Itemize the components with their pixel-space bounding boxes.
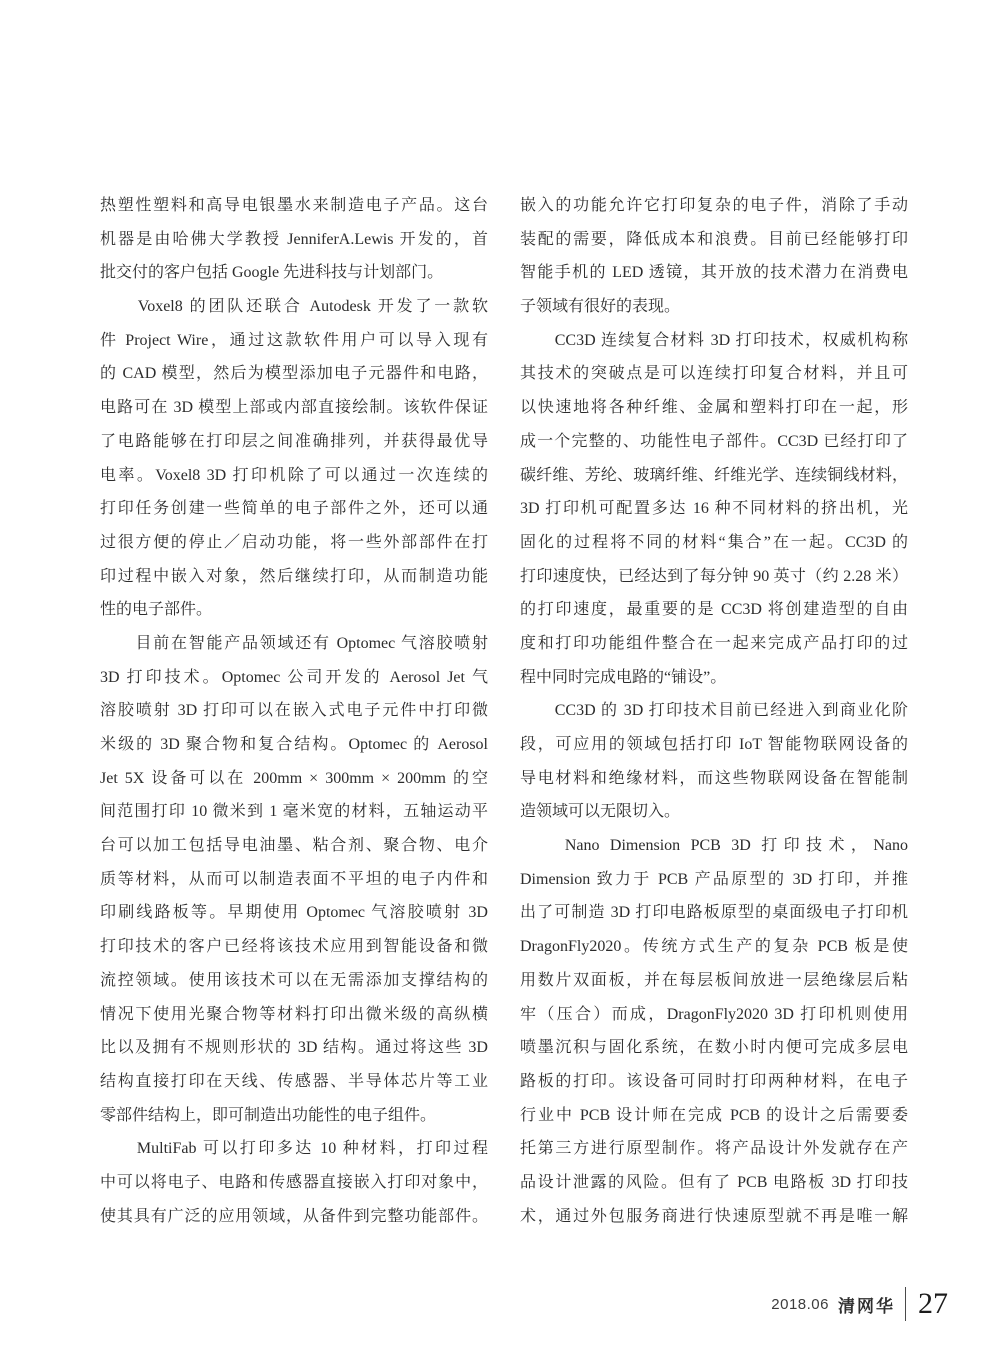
text-line: CC3D 连续复合材料 3D 打印技术，权威机构称 (520, 324, 908, 358)
text-line: 过很方便的停止／启动功能，将一些外部部件在打 (100, 526, 488, 560)
text-line: 碳纤维、芳纶、玻璃纤维、纤维光学、连续铜线材料， (520, 459, 908, 493)
footer-divider (905, 1287, 906, 1321)
magazine-page: 热塑性塑料和高导电银墨水来制造电子产品。这台机器是由哈佛大学教授 Jennife… (0, 0, 1000, 1358)
text-line: 装配的需要，降低成本和浪费。目前已经能够打印 (520, 223, 908, 257)
text-line: 术，通过外包服务商进行快速原型就不再是唯一解 (520, 1200, 908, 1234)
text-line: 段，可应用的领域包括打印 IoT 智能物联网设备的 (520, 728, 908, 762)
text-line: 结构直接打印在天线、传感器、半导体芯片等工业 (100, 1065, 488, 1099)
text-line: 情况下使用光聚合物等材料打印出微米级的高纵横 (100, 998, 488, 1032)
text-line: 的 CAD 模型，然后为模型添加电子元器件和电路， (100, 357, 488, 391)
text-column-right: 嵌入的功能允许它打印复杂的电子件，消除了手动装配的需要，降低成本和浪费。目前已经… (520, 189, 908, 1233)
text-line: MultiFab 可以打印多达 10 种材料，打印过程 (100, 1132, 488, 1166)
text-line: Jet 5X 设备可以在 200mm × 300mm × 200mm 的空 (100, 762, 488, 796)
text-line: 质等材料，从而可以制造表面不平坦的电子内件和 (100, 863, 488, 897)
text-line: 性的电子部件。 (100, 593, 488, 627)
text-line: 程中同时完成电路的“铺设”。 (520, 661, 908, 695)
text-column-left: 热塑性塑料和高导电银墨水来制造电子产品。这台机器是由哈佛大学教授 Jennife… (100, 189, 488, 1233)
text-line: 子领域有很好的表现。 (520, 290, 908, 324)
text-line: 台可以加工包括导电油墨、粘合剂、聚合物、电介 (100, 829, 488, 863)
text-line: 电率。Voxel8 3D 打印机除了可以通过一次连续的 (100, 459, 488, 493)
text-line: 智能手机的 LED 透镜，其开放的技术潜力在消费电 (520, 256, 908, 290)
text-line: 3D 打印技术。Optomec 公司开发的 Aerosol Jet 气 (100, 661, 488, 695)
text-line: 印刷线路板等。早期使用 Optomec 气溶胶喷射 3D (100, 896, 488, 930)
text-line: 热塑性塑料和高导电银墨水来制造电子产品。这台 (100, 189, 488, 223)
text-line: 导电材料和绝缘材料，而这些物联网设备在智能制 (520, 762, 908, 796)
text-line: 溶胶喷射 3D 打印可以在嵌入式电子元件中打印微 (100, 694, 488, 728)
text-line: 打印技术的客户已经将该技术应用到智能设备和微 (100, 930, 488, 964)
text-line: 中可以将电子、电路和传感器直接嵌入打印对象中， (100, 1166, 488, 1200)
text-line: Dimension 致力于 PCB 产品原型的 3D 打印，并推 (520, 863, 908, 897)
text-line: 路板的打印。该设备可同时打印两种材料，在电子 (520, 1065, 908, 1099)
text-line: 了电路能够在打印层之间准确排列，并获得最优导 (100, 425, 488, 459)
text-line: 其技术的突破点是可以连续打印复合材料，并且可 (520, 357, 908, 391)
text-line: 牢（压合）而成，DragonFly2020 3D 打印机则使用 (520, 998, 908, 1032)
text-line: 比以及拥有不规则形状的 3D 结构。通过将这些 3D (100, 1031, 488, 1065)
text-line: DragonFly2020。传统方式生产的复杂 PCB 板是使 (520, 930, 908, 964)
text-line: CC3D 的 3D 打印技术目前已经进入到商业化阶 (520, 694, 908, 728)
text-line: 印过程中嵌入对象，然后继续打印，从而制造功能 (100, 560, 488, 594)
text-line: 批交付的客户包括 Google 先进科技与计划部门。 (100, 256, 488, 290)
text-line: 米级的 3D 聚合物和复合结构。Optomec 的 Aerosol (100, 728, 488, 762)
text-line: 度和打印功能组件整合在一起来完成产品打印的过 (520, 627, 908, 661)
page-footer: 2018.06 清网华 27 (771, 1284, 948, 1324)
text-line: 零部件结构上，即可制造出功能性的电子组件。 (100, 1099, 488, 1133)
text-line: 出了可制造 3D 打印电路板原型的桌面级电子打印机 (520, 896, 908, 930)
text-line: 托第三方进行原型制作。将产品设计外发就存在产 (520, 1132, 908, 1166)
text-line: 电路可在 3D 模型上部或内部直接绘制。该软件保证 (100, 391, 488, 425)
text-line: 机器是由哈佛大学教授 JenniferA.Lewis 开发的，首 (100, 223, 488, 257)
text-line: 目前在智能产品领域还有 Optomec 气溶胶喷射 (100, 627, 488, 661)
text-line: Voxel8 的团队还联合 Autodesk 开发了一款软 (100, 290, 488, 324)
page-number: 27 (918, 1287, 948, 1321)
text-line: 行业中 PCB 设计师在完成 PCB 的设计之后需要委 (520, 1099, 908, 1133)
text-line: 以快速地将各种纤维、金属和塑料打印在一起，形 (520, 391, 908, 425)
text-line: 打印任务创建一些简单的电子部件之外，还可以通 (100, 492, 488, 526)
text-line: 喷墨沉积与固化系统，在数小时内便可完成多层电 (520, 1031, 908, 1065)
text-line: 的打印速度，最重要的是 CC3D 将创建造型的自由 (520, 593, 908, 627)
text-line: 件 Project Wire，通过这款软件用户可以导入现有 (100, 324, 488, 358)
text-line: 间范围打印 10 微米到 1 毫米宽的材料，五轴运动平 (100, 795, 488, 829)
text-line: 3D 打印机可配置多达 16 种不同材料的挤出机，光 (520, 492, 908, 526)
text-line: Nano Dimension PCB 3D 打印技术，Nano (520, 829, 908, 863)
text-line: 用数片双面板，并在每层板间放进一层绝缘层后粘 (520, 964, 908, 998)
magazine-logo: 清网华 (838, 1292, 895, 1317)
text-line: 固化的过程将不同的材料“集合”在一起。CC3D 的 (520, 526, 908, 560)
text-line: 嵌入的功能允许它打印复杂的电子件，消除了手动 (520, 189, 908, 223)
text-line: 使其具有广泛的应用领域，从备件到完整功能部件。 (100, 1200, 488, 1234)
text-line: 成一个完整的、功能性电子部件。CC3D 已经打印了 (520, 425, 908, 459)
text-line: 造领域可以无限切入。 (520, 795, 908, 829)
text-line: 品设计泄露的风险。但有了 PCB 电路板 3D 打印技 (520, 1166, 908, 1200)
issue-date: 2018.06 (771, 1296, 829, 1313)
text-line: 流控领域。使用该技术可以在无需添加支撑结构的 (100, 964, 488, 998)
text-line: 打印速度快，已经达到了每分钟 90 英寸（约 2.28 米） (520, 560, 908, 594)
